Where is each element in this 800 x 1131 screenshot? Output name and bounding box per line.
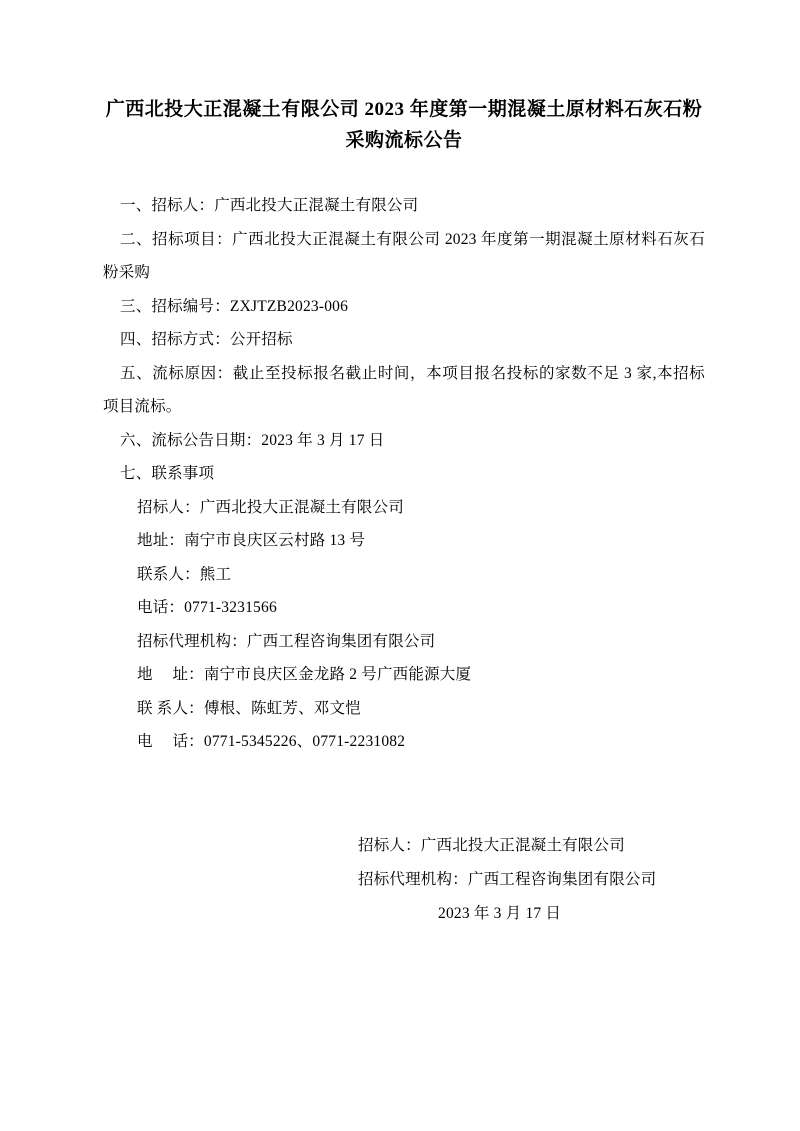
contact-phone: 电话：0771-3231566 bbox=[137, 591, 705, 625]
document-page: 广西北投大正混凝土有限公司 2023 年度第一期混凝土原材料石灰石粉采购流标公告… bbox=[0, 0, 800, 1131]
contact-agency-address: 地 址：南宁市良庆区金龙路 2 号广西能源大厦 bbox=[137, 658, 705, 692]
item-announcement-date: 六、流标公告日期：2023 年 3 月 17 日 bbox=[103, 424, 705, 458]
contact-address: 地址：南宁市良庆区云村路 13 号 bbox=[137, 524, 705, 558]
contact-section: 招标人：广西北投大正混凝土有限公司 地址：南宁市良庆区云村路 13 号 联系人：… bbox=[103, 491, 705, 759]
item-contact-heading: 七、联系事项 bbox=[103, 457, 705, 491]
signature-date: 2023 年 3 月 17 日 bbox=[438, 897, 705, 931]
contact-tenderer: 招标人：广西北投大正混凝土有限公司 bbox=[137, 491, 705, 525]
signature-tenderer: 招标人：广西北投大正混凝土有限公司 bbox=[358, 829, 705, 863]
contact-agency-phones: 电 话：0771-5345226、0771-2231082 bbox=[137, 725, 705, 759]
item-bid-number: 三、招标编号：ZXJTZB2023-006 bbox=[103, 290, 705, 324]
item-project: 二、招标项目：广西北投大正混凝土有限公司 2023 年度第一期混凝土原材料石灰石… bbox=[103, 223, 705, 290]
document-body: 一、招标人：广西北投大正混凝土有限公司 二、招标项目：广西北投大正混凝土有限公司… bbox=[103, 189, 705, 759]
item-bid-method: 四、招标方式：公开招标 bbox=[103, 323, 705, 357]
item-tenderer: 一、招标人：广西北投大正混凝土有限公司 bbox=[103, 189, 705, 223]
signature-agency: 招标代理机构：广西工程咨询集团有限公司 bbox=[358, 863, 705, 897]
contact-agency: 招标代理机构：广西工程咨询集团有限公司 bbox=[137, 625, 705, 659]
page-title: 广西北投大正混凝土有限公司 2023 年度第一期混凝土原材料石灰石粉采购流标公告 bbox=[103, 94, 705, 156]
item-failure-reason: 五、流标原因：截止至投标报名截止时间，本项目报名投标的家数不足 3 家,本招标项… bbox=[103, 357, 705, 424]
signature-block: 招标人：广西北投大正混凝土有限公司 招标代理机构：广西工程咨询集团有限公司 20… bbox=[358, 829, 705, 931]
contact-agency-persons: 联 系人：傅根、陈虹芳、邓文恺 bbox=[137, 692, 705, 726]
contact-person: 联系人：熊工 bbox=[137, 558, 705, 592]
